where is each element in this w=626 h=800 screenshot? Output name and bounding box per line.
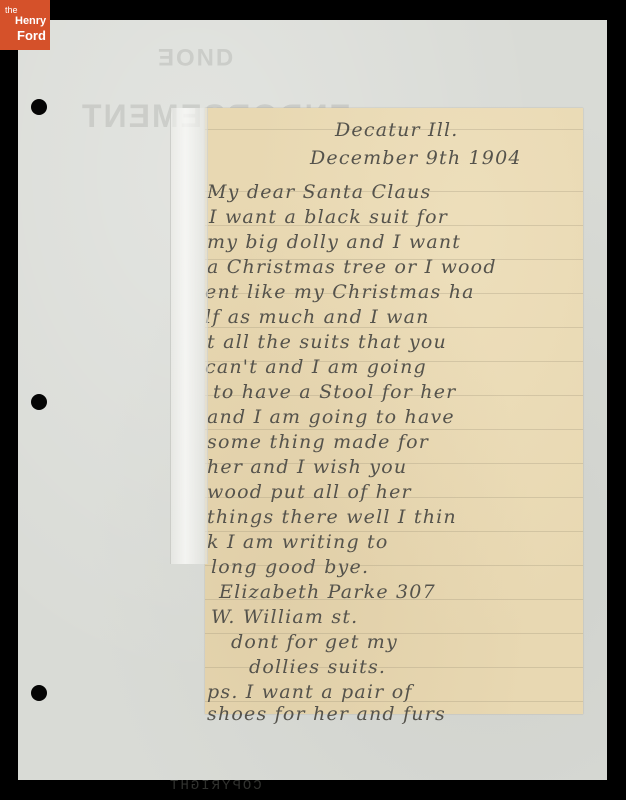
letter-line: long good bye. bbox=[205, 555, 589, 579]
bleed-through-text-top: ƎOИD bbox=[158, 42, 235, 70]
letter-line: ent like my Christmas ha bbox=[205, 280, 583, 304]
letter-address: W. William st. bbox=[205, 605, 589, 629]
bleed-through-text-bottom: COPYRIGHT bbox=[168, 778, 262, 794]
letter-line: to have a Stool for her bbox=[205, 380, 591, 404]
letter-line: some thing made for bbox=[205, 430, 585, 454]
letter-line: my big dolly and I want bbox=[205, 230, 585, 254]
letter-line: t all the suits that you bbox=[205, 330, 585, 354]
letter-line: wood put all of her bbox=[205, 480, 585, 504]
letter-signature: Elizabeth Parke 307 bbox=[205, 580, 597, 604]
letter-place: Decatur Ill. bbox=[205, 118, 626, 142]
logo-word-ford: Ford bbox=[17, 29, 46, 42]
letter-line: can't and I am going bbox=[205, 355, 583, 379]
letter-postscript: ps. I want a pair of bbox=[205, 680, 585, 704]
letter-line: things there well I thin bbox=[205, 505, 585, 529]
logo-word-henry: Henry bbox=[15, 16, 46, 27]
henry-ford-logo: the Henry Ford bbox=[0, 0, 50, 50]
letter-line: dollies suits. bbox=[205, 655, 626, 679]
letter-line: k I am writing to bbox=[205, 530, 585, 554]
punch-hole-icon bbox=[31, 685, 47, 701]
letter-line: I want a black suit for bbox=[205, 205, 587, 229]
letter-line: My dear Santa Claus bbox=[205, 180, 585, 204]
letter-date: December 9th 1904 bbox=[205, 146, 626, 170]
letter-line: and I am going to have bbox=[205, 405, 585, 429]
letter-line: a Christmas tree or I wood bbox=[205, 255, 585, 279]
letter-postscript: shoes for her and furs bbox=[205, 702, 585, 726]
mounting-tape-strip bbox=[170, 108, 208, 564]
punch-hole-icon bbox=[31, 394, 47, 410]
handwritten-letter: Decatur Ill. December 9th 1904 My dear S… bbox=[205, 108, 583, 714]
letter-line: dont for get my bbox=[205, 630, 609, 654]
letter-line: lf as much and I wan bbox=[205, 305, 583, 329]
letter-line: her and I wish you bbox=[205, 455, 585, 479]
logo-word-the: the bbox=[5, 6, 18, 15]
punch-hole-icon bbox=[31, 99, 47, 115]
